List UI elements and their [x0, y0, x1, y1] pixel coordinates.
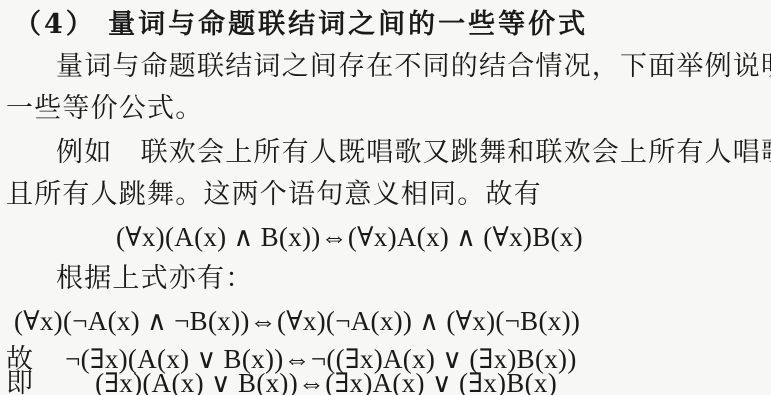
section-heading: （4） 量词与命题联结词之间的一些等价式: [14, 8, 588, 42]
formula-1: (∀x)(A(x) ∧ B(x))⇔(∀x)A(x) ∧ (∀x)B(x): [116, 220, 583, 254]
derivation-text: 根据上式亦有：: [56, 262, 253, 296]
example-paragraph-line-1: 例如 联欢会上所有人既唱歌又跳舞和联欢会上所有人唱歌: [56, 136, 771, 170]
formula-4-row: 即 (∃x)(A(x) ∨ B(x))⇔(∃x)A(x) ∨ (∃x)B(x): [6, 366, 557, 395]
example-paragraph-line-2: 且所有人跳舞。这两个语句意义相同。故有: [6, 178, 542, 212]
formula-4-label: 即: [6, 367, 88, 395]
formula-4: (∃x)(A(x) ∨ B(x))⇔(∃x)A(x) ∨ (∃x)B(x): [95, 368, 557, 395]
intro-paragraph-line-2: 一些等价公式。: [6, 92, 203, 126]
document-page: （4） 量词与命题联结词之间的一些等价式 量词与命题联结词之间存在不同的结合情况…: [0, 0, 771, 395]
intro-paragraph-line-1: 量词与命题联结词之间存在不同的结合情况，下面举例说明: [56, 50, 771, 84]
formula-2: (∀x)(¬A(x) ∧ ¬B(x))⇔(∀x)(¬A(x)) ∧ (∀x)(¬…: [14, 304, 580, 338]
